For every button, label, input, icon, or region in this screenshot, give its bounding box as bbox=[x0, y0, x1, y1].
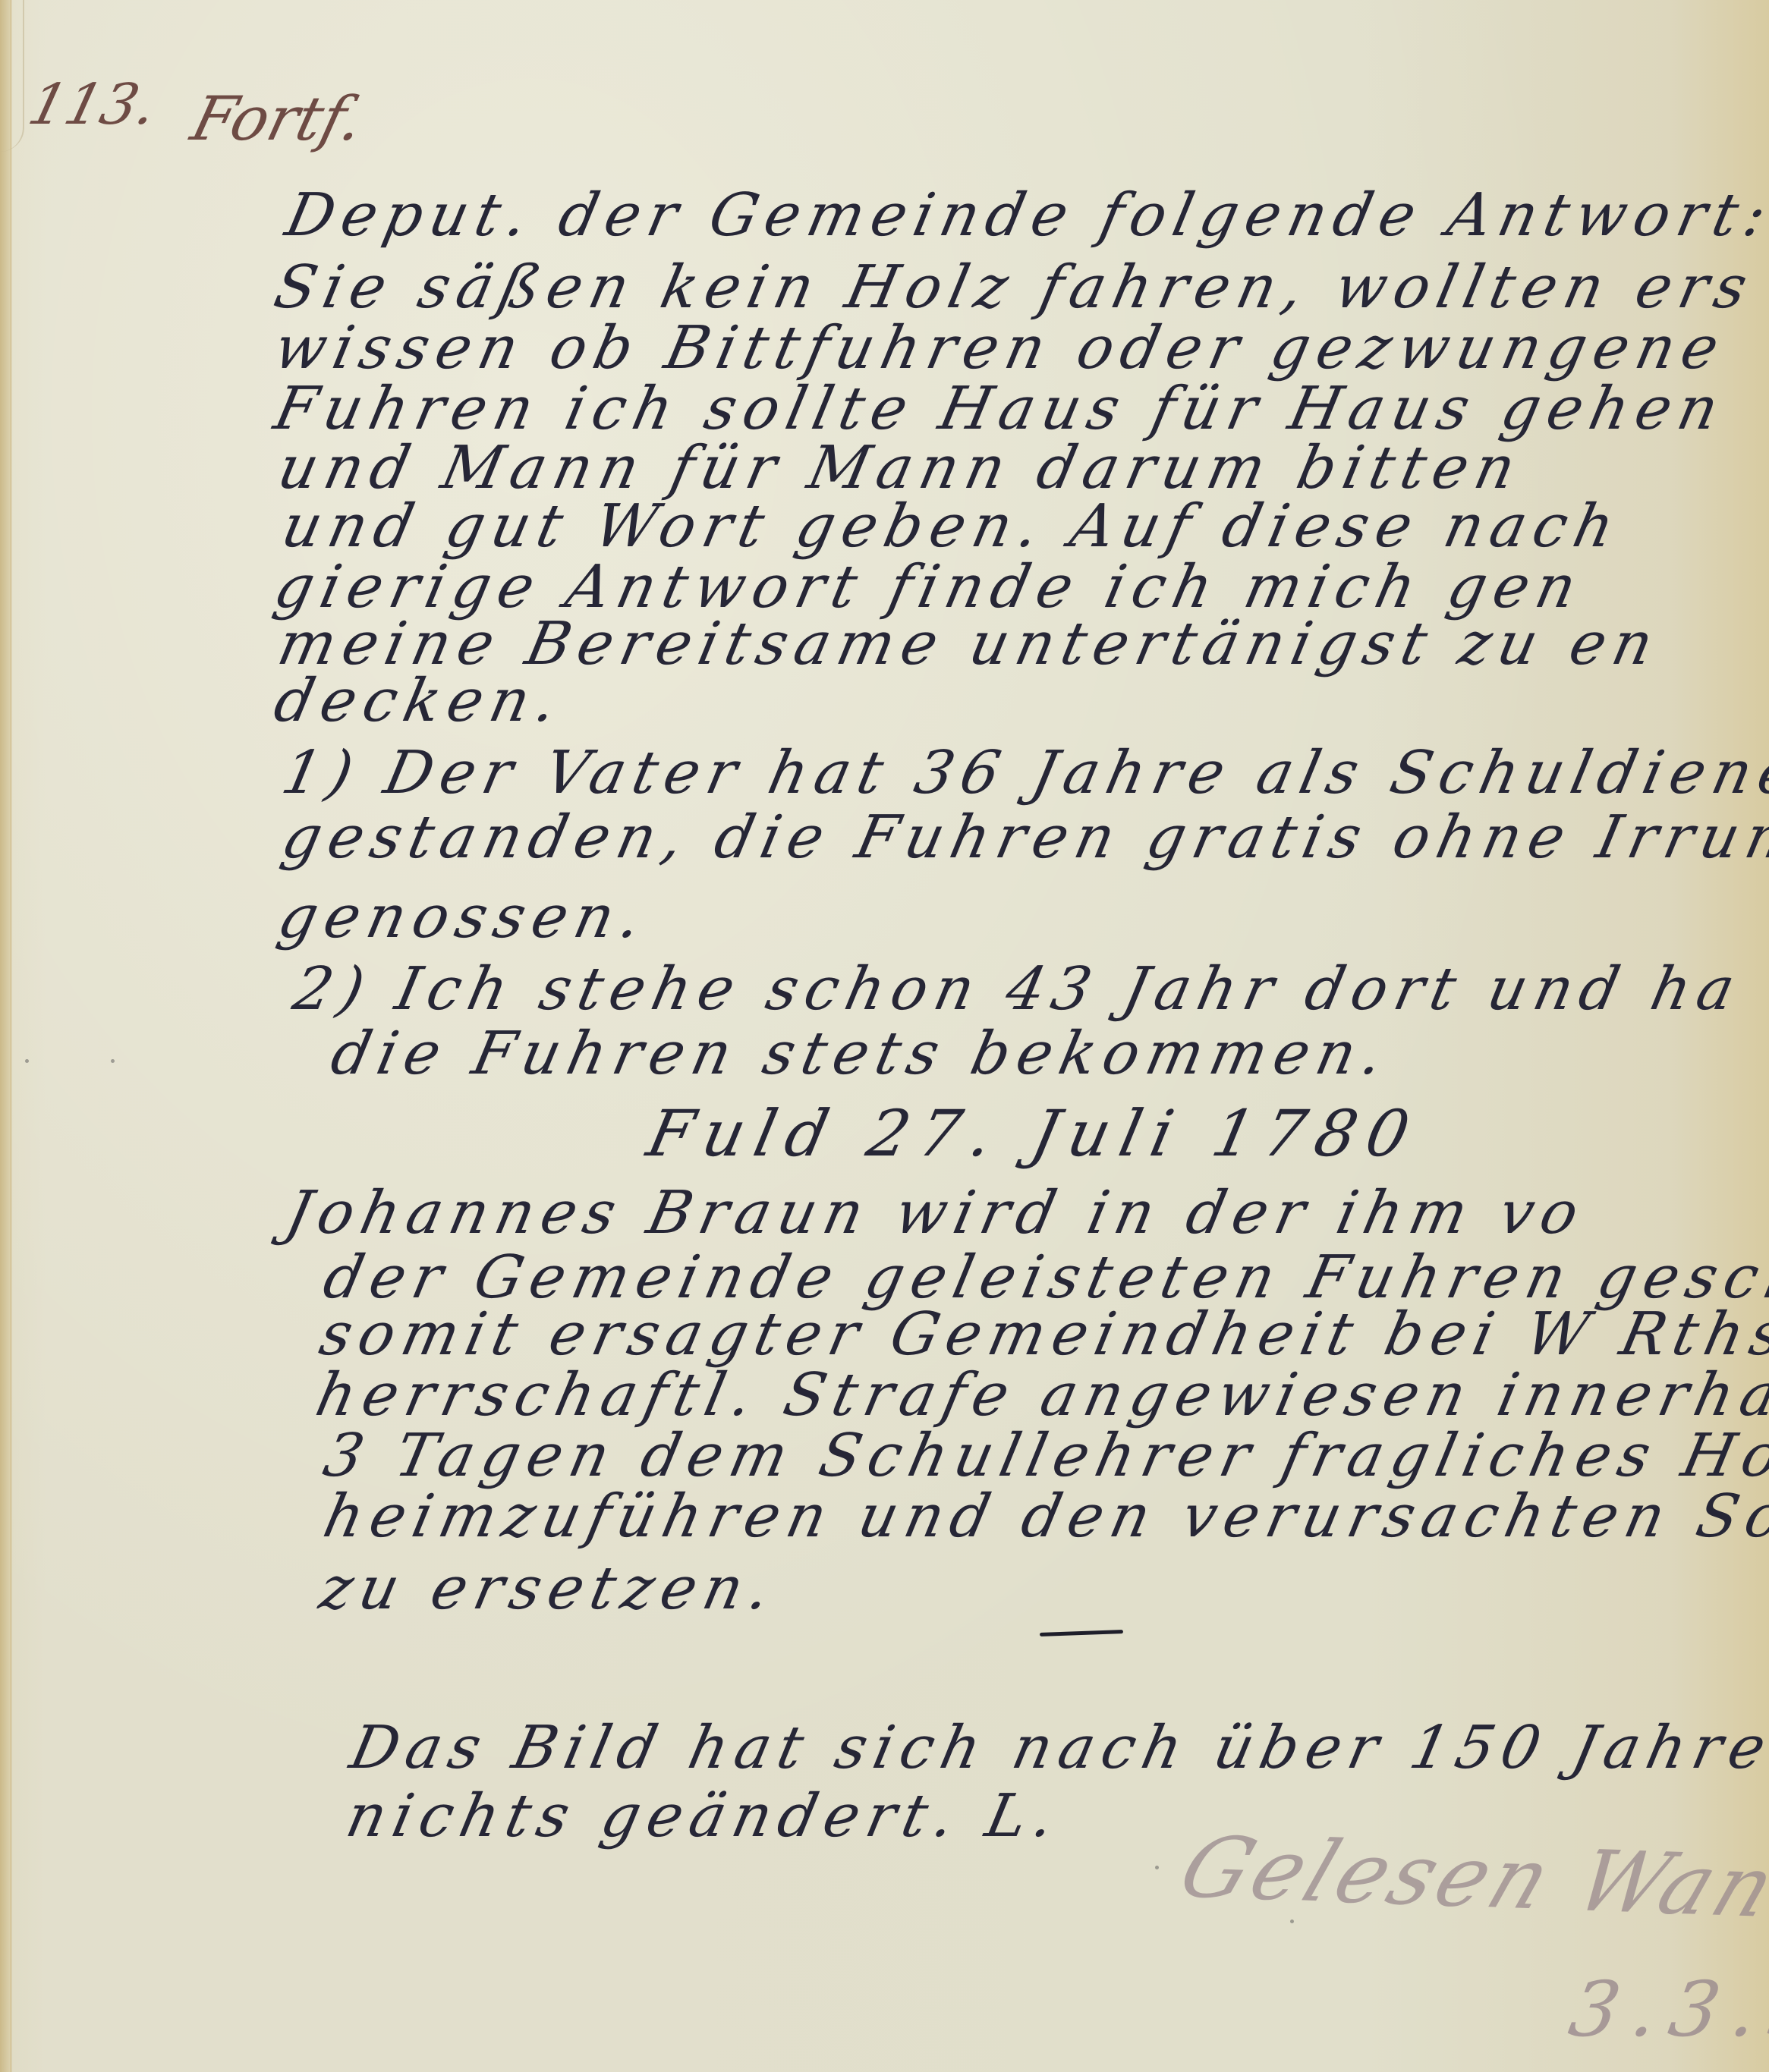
decision-line: herrschaftl. Strafe angewiesen innerhalb bbox=[311, 1366, 1769, 1425]
continuation-note: Fortf. bbox=[184, 83, 370, 154]
pencil-signature: Gelesen Wanning bbox=[1167, 1819, 1769, 1944]
page-fold-mark bbox=[0, 0, 24, 152]
paper-speck bbox=[1155, 1866, 1159, 1869]
point-1-line: gestanden, die Fuhren gratis ohne Irrun bbox=[277, 808, 1769, 867]
body-line: meine Bereitsame untertänigst zu en bbox=[273, 615, 1665, 674]
body-line: Deput. der Gemeinde folgende Antwort: bbox=[281, 186, 1769, 245]
closing-line: nichts geändert. L. bbox=[342, 1787, 1067, 1846]
decision-line: der Gemeinde geleisteten Fuhren geschü bbox=[319, 1248, 1769, 1307]
body-line: decken. bbox=[269, 671, 569, 731]
body-line: Sie säßen kein Holz fahren, wollten ers bbox=[269, 258, 1759, 317]
point-1-line: 1) Der Vater hat 36 Jahre als Schuldiene… bbox=[277, 744, 1769, 803]
point-2-line: 2) Ich stehe schon 43 Jahr dort und ha bbox=[288, 960, 1747, 1019]
body-line: und Mann für Mann darum bitten bbox=[273, 439, 1528, 498]
separator-rule bbox=[1040, 1630, 1123, 1637]
body-line: Fuhren ich sollte Haus für Haus gehen bbox=[269, 379, 1731, 439]
page-number: 113. bbox=[22, 72, 163, 137]
decision-line: somit ersagter Gemeindheit bei W Rths, bbox=[315, 1305, 1769, 1364]
paper-speck bbox=[111, 1059, 115, 1063]
paper-speck bbox=[25, 1059, 29, 1063]
dateline: Fuld 27. Juli 1780 bbox=[641, 1096, 1427, 1171]
point-2-line: die Fuhren stets bekommen. bbox=[326, 1024, 1396, 1083]
decision-line: heimzuführen und den verursachten Scha bbox=[319, 1487, 1769, 1546]
manuscript-page: 113. Fortf. Deput. der Gemeinde folgende… bbox=[0, 0, 1769, 2072]
closing-line: Das Bild hat sich nach über 150 Jahren bbox=[345, 1718, 1769, 1778]
body-line: gierige Antwort finde ich mich gen bbox=[269, 558, 1588, 617]
decision-line: zu ersetzen. bbox=[315, 1559, 782, 1618]
point-1-line: genossen. bbox=[273, 888, 653, 947]
page-binding-edge bbox=[0, 0, 11, 2072]
paper-speck bbox=[1290, 1920, 1294, 1923]
body-line: wissen ob Bittfuhren oder gezwungene bbox=[269, 319, 1731, 378]
pencil-date: 3.3.30 bbox=[1563, 1965, 1769, 2054]
body-line: und gut Wort geben. Auf diese nach bbox=[277, 497, 1626, 556]
decision-line: 3 Tagen dem Schullehrer fragliches Holz bbox=[319, 1426, 1769, 1486]
decision-line: Johannes Braun wird in der ihm vo bbox=[281, 1184, 1591, 1243]
